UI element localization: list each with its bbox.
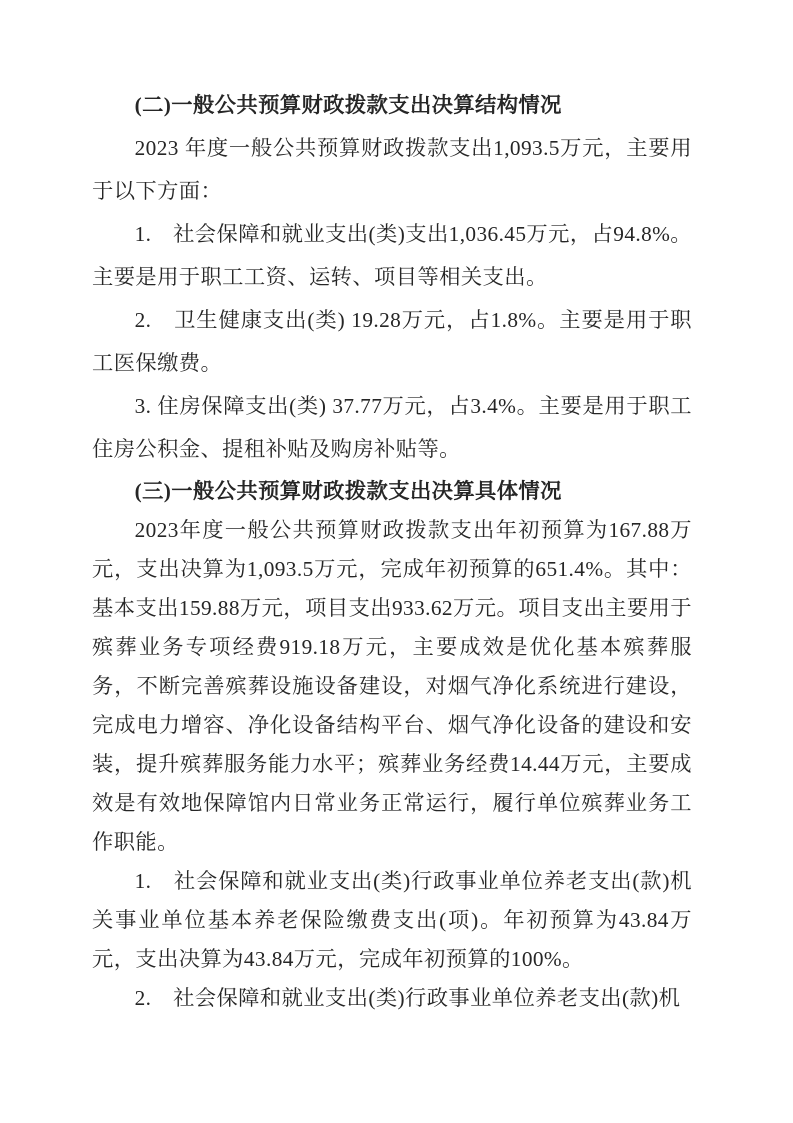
document-body: (二)一般公共预算财政拨款支出决算结构情况 2023 年度一般公共预算财政拨款支… bbox=[92, 84, 692, 1018]
document-page: (二)一般公共预算财政拨款支出决算结构情况 2023 年度一般公共预算财政拨款支… bbox=[0, 0, 793, 1123]
heading-expenditure-structure: (二)一般公共预算财政拨款支出决算结构情况 bbox=[92, 84, 692, 127]
paragraph-detail-item-pension-1: 1. 社会保障和就业支出(类)行政事业单位养老支出(款)机关事业单位基本养老保险… bbox=[92, 862, 692, 979]
paragraph-item-housing-security: 3. 住房保障支出(类) 37.77万元，占3.4%。主要是用于职工住房公积金、… bbox=[92, 385, 692, 471]
paragraph-item-social-security-employment: 1. 社会保障和就业支出(类)支出1,036.45万元，占94.8%。主要是用于… bbox=[92, 213, 692, 299]
paragraph-item-health: 2. 卫生健康支出(类) 19.28万元，占1.8%。主要是用于职工医保缴费。 bbox=[92, 299, 692, 385]
heading-expenditure-details: (三)一般公共预算财政拨款支出决算具体情况 bbox=[92, 471, 692, 511]
paragraph-total-expenditure-intro: 2023 年度一般公共预算财政拨款支出1,093.5万元，主要用于以下方面： bbox=[92, 127, 692, 213]
paragraph-detail-item-pension-2-truncated: 2. 社会保障和就业支出(类)行政事业单位养老支出(款)机 bbox=[92, 979, 692, 1018]
paragraph-details-overview: 2023年度一般公共预算财政拨款支出年初预算为167.88万元，支出决算为1,0… bbox=[92, 511, 692, 862]
